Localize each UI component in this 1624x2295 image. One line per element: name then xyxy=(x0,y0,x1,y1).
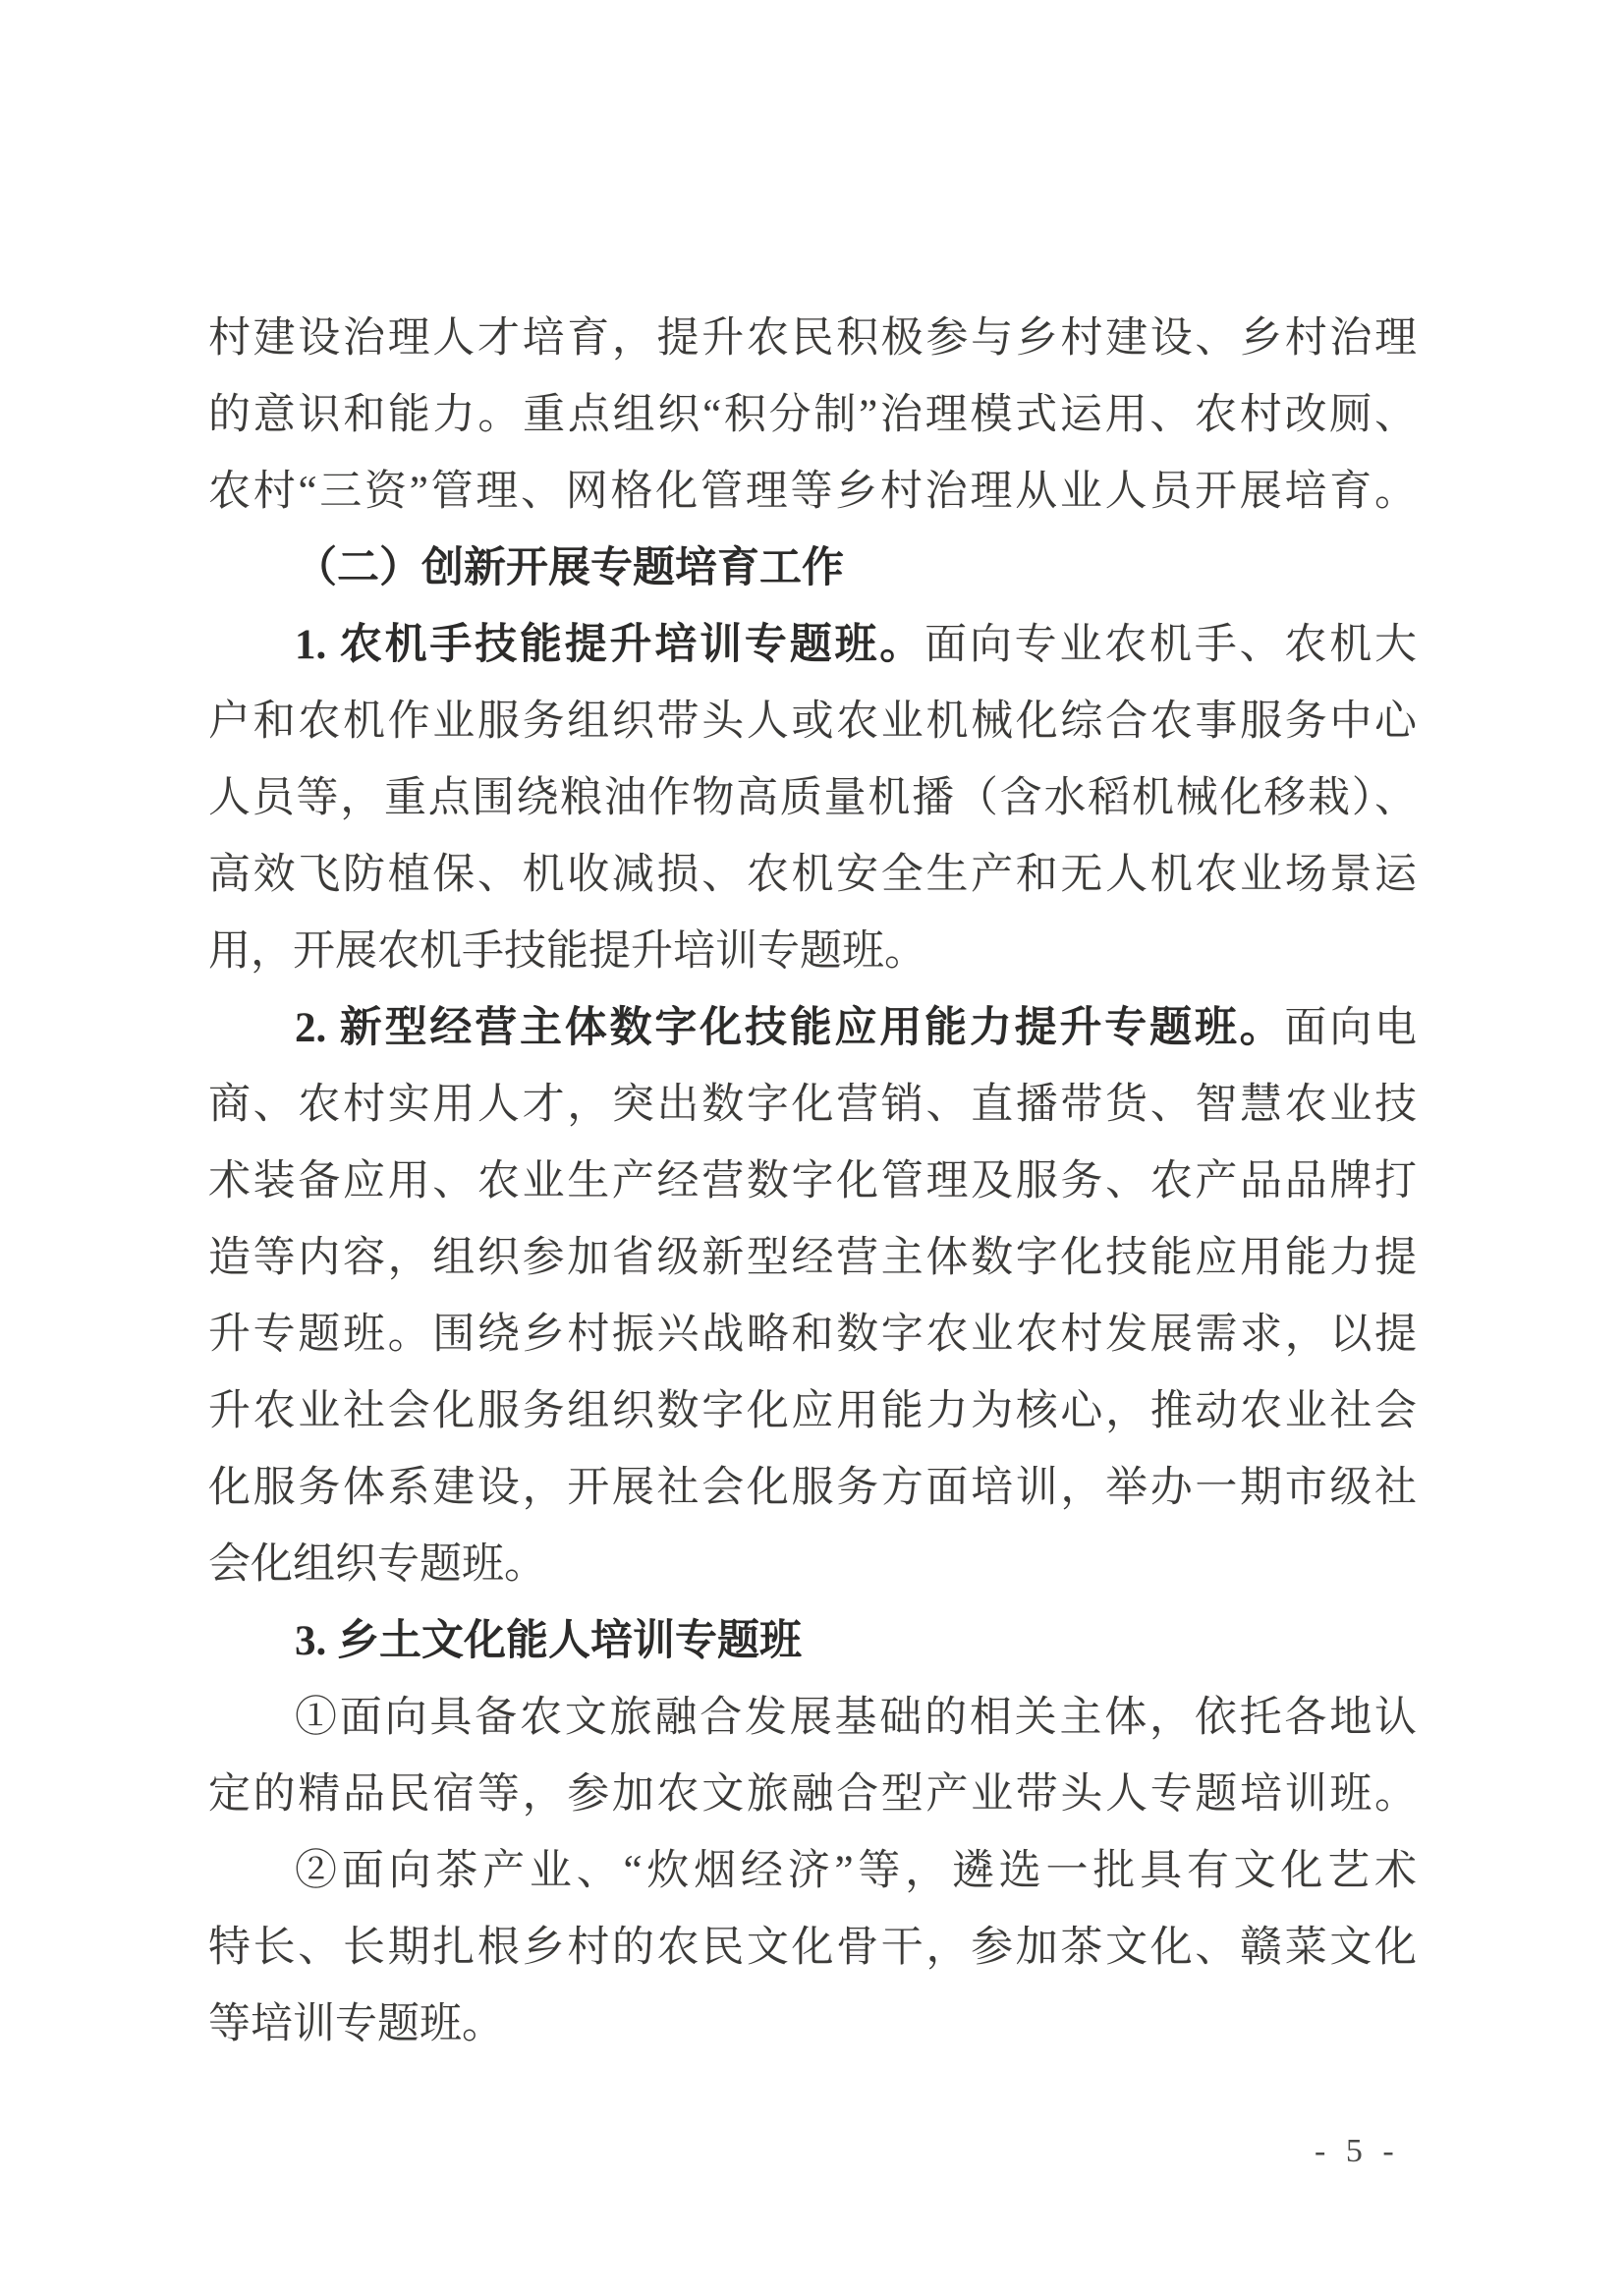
document-page: 村建设治理人才培育，提升农民积极参与乡村建设、乡村治理的意识和能力。重点组织“积… xyxy=(0,0,1624,2295)
body-text: ②面向茶产业、“炊烟经济”等，遴选一批具有文化艺术 xyxy=(295,1848,1417,1894)
body-text: 术装备应用、农业生产经营数字化管理及服务、农产品品牌打 xyxy=(208,1158,1417,1204)
emphasis-text: （二）创新开展专题培育工作 xyxy=(295,545,844,591)
body-line: 2. 新型经营主体数字化技能应用能力提升专题班。面向电 xyxy=(208,990,1417,1067)
body-text: 会化组织专题班。 xyxy=(208,1541,546,1588)
body-text: 农村“三资”管理、网格化管理等乡村治理从业人员开展培育。 xyxy=(208,469,1417,515)
body-text: 高效飞防植保、机收减损、农机安全生产和无人机农业场景运 xyxy=(208,852,1417,898)
body-text: 面向专业农机手、农机大 xyxy=(924,622,1417,668)
body-line: 术装备应用、农业生产经营数字化管理及服务、农产品品牌打 xyxy=(208,1144,1417,1220)
body-line: 用，开展农机手技能提升培训专题班。 xyxy=(208,914,1417,990)
body-line: 会化组织专题班。 xyxy=(208,1527,1417,1603)
body-text: 的意识和能力。重点组织“积分制”治理模式运用、农村改厕、 xyxy=(208,392,1417,438)
body-line: 高效飞防植保、机收减损、农机安全生产和无人机农业场景运 xyxy=(208,837,1417,914)
emphasis-text: 2. 新型经营主体数字化技能应用能力提升专题班。 xyxy=(295,1005,1284,1051)
body-text: 用，开展农机手技能提升培训专题班。 xyxy=(208,928,926,975)
body-line: 商、农村实用人才，突出数字化营销、直播带货、智慧农业技 xyxy=(208,1067,1417,1144)
body-line: ①面向具备农文旅融合发展基础的相关主体，依托各地认 xyxy=(208,1680,1417,1757)
body-text: 面向电 xyxy=(1284,1005,1417,1051)
section-heading: （二）创新开展专题培育工作 xyxy=(208,531,1417,607)
body-text: 等培训专题班。 xyxy=(208,2001,504,2047)
body-line: 造等内容，组织参加省级新型经营主体数字化技能应用能力提 xyxy=(208,1220,1417,1297)
body-text: ①面向具备农文旅融合发展基础的相关主体，依托各地认 xyxy=(295,1695,1417,1741)
body-text: 化服务体系建设，开展社会化服务方面培训，举办一期市级社 xyxy=(208,1465,1417,1511)
body-line: 户和农机作业服务组织带头人或农业机械化综合农事服务中心 xyxy=(208,684,1417,760)
body-text: 定的精品民宿等，参加农文旅融合型产业带头人专题培训班。 xyxy=(208,1771,1417,1818)
body-text: 户和农机作业服务组织带头人或农业机械化综合农事服务中心 xyxy=(208,699,1417,745)
body-line: 定的精品民宿等，参加农文旅融合型产业带头人专题培训班。 xyxy=(208,1757,1417,1833)
body-line: 的意识和能力。重点组织“积分制”治理模式运用、农村改厕、 xyxy=(208,377,1417,454)
document-body: 村建设治理人才培育，提升农民积极参与乡村建设、乡村治理的意识和能力。重点组织“积… xyxy=(208,301,1417,2063)
body-text: 升农业社会化服务组织数字化应用能力为核心，推动农业社会 xyxy=(208,1388,1417,1434)
body-line: 村建设治理人才培育，提升农民积极参与乡村建设、乡村治理 xyxy=(208,301,1417,377)
body-text: 特长、长期扎根乡村的农民文化骨干，参加茶文化、赣菜文化 xyxy=(208,1925,1417,1971)
body-line: 升专题班。围绕乡村振兴战略和数字农业农村发展需求，以提 xyxy=(208,1297,1417,1373)
emphasis-text: 1. 农机手技能提升培训专题班。 xyxy=(295,622,924,668)
page-number: - 5 - xyxy=(1315,2132,1400,2171)
body-line: 1. 农机手技能提升培训专题班。面向专业农机手、农机大 xyxy=(208,607,1417,684)
body-line: 化服务体系建设，开展社会化服务方面培训，举办一期市级社 xyxy=(208,1450,1417,1527)
body-text: 升专题班。围绕乡村振兴战略和数字农业农村发展需求，以提 xyxy=(208,1312,1417,1358)
emphasis-text: 3. 乡土文化能人培训专题班 xyxy=(295,1618,802,1664)
body-text: 村建设治理人才培育，提升农民积极参与乡村建设、乡村治理 xyxy=(208,315,1417,362)
body-line: 等培训专题班。 xyxy=(208,1987,1417,2063)
body-text: 人员等，重点围绕粮油作物高质量机播（含水稻机械化移栽）、 xyxy=(208,775,1417,821)
body-line: 农村“三资”管理、网格化管理等乡村治理从业人员开展培育。 xyxy=(208,454,1417,531)
body-line: 升农业社会化服务组织数字化应用能力为核心，推动农业社会 xyxy=(208,1373,1417,1450)
body-line: 人员等，重点围绕粮油作物高质量机播（含水稻机械化移栽）、 xyxy=(208,760,1417,837)
body-text: 造等内容，组织参加省级新型经营主体数字化技能应用能力提 xyxy=(208,1235,1417,1281)
body-line: ②面向茶产业、“炊烟经济”等，遴选一批具有文化艺术 xyxy=(208,1833,1417,1910)
body-text: 商、农村实用人才，突出数字化营销、直播带货、智慧农业技 xyxy=(208,1082,1417,1128)
body-line: 特长、长期扎根乡村的农民文化骨干，参加茶文化、赣菜文化 xyxy=(208,1910,1417,1987)
section-heading: 3. 乡土文化能人培训专题班 xyxy=(208,1603,1417,1680)
